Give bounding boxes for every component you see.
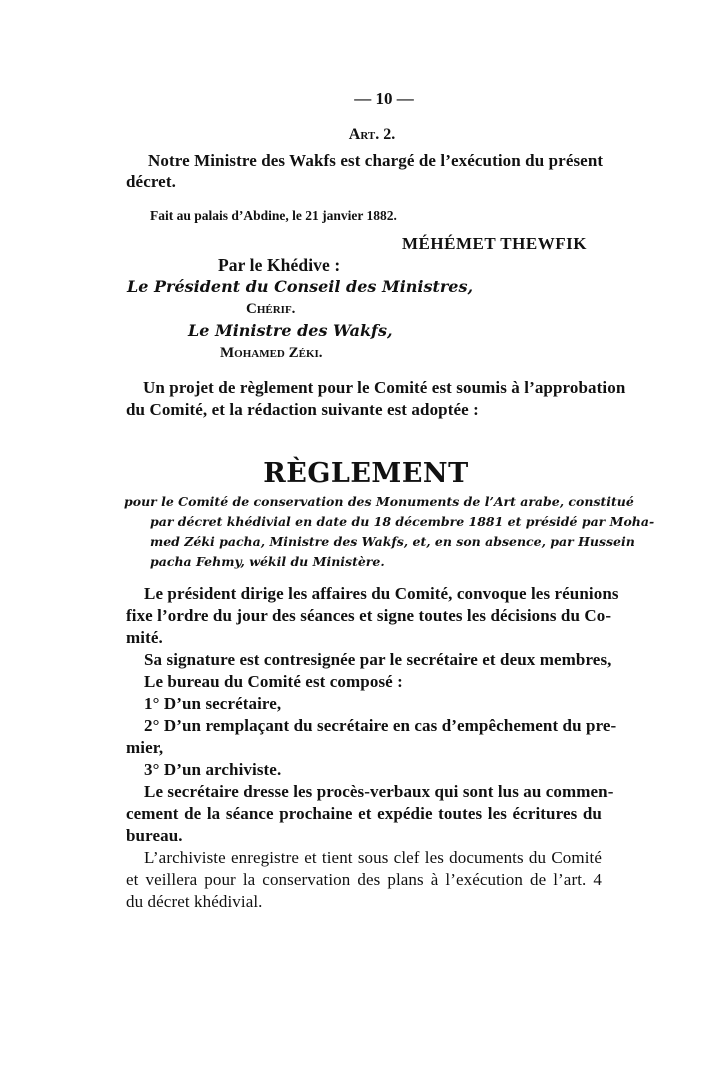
minister-title: Le Ministre des Wakfs, [188,323,393,339]
body-line: Le bureau du Comité est composé : [144,673,403,690]
reglement-subtitle-line-1: pour le Comité de conservation des Monum… [124,496,602,509]
body-line: Sa signature est contresignée par le sec… [144,651,602,668]
body-line: du décret khédivial. [126,893,263,910]
body-line: et veillera pour la conservation des pla… [126,871,602,888]
intro-line-2: du Comité, et la rédaction suivante est … [126,401,479,418]
reglement-title: RÈGLEMENT [6,460,720,487]
body-line: cement de la séance prochaine et expédie… [126,805,602,822]
president-name: Chérif. [246,302,295,317]
document-page: — 10 — Art. 2. Notre Ministre des Wakfs … [0,0,720,1079]
reglement-subtitle-line-4: pacha Fehmy, wékil du Ministère. [150,556,385,569]
body-line: Le président dirige les affaires du Comi… [144,585,602,602]
signatory-name: MÉHÉMET THEWFIK [402,235,587,252]
by-khedive: Par le Khédive : [218,257,340,275]
article-line-1: Notre Ministre des Wakfs est chargé de l… [148,152,602,169]
body-line: fixe l’ordre du jour des séances et sign… [126,607,602,624]
president-title: Le Président du Conseil des Ministres, [127,279,473,295]
body-line: bureau. [126,827,183,844]
date-place: Fait au palais d’Abdine, le 21 janvier 1… [150,209,397,223]
reglement-subtitle-line-2: par décret khédivial en date du 18 décem… [150,516,602,529]
body-line: 3° D’un archiviste. [144,761,281,778]
reglement-subtitle-line-3: med Zéki pacha, Ministre des Wakfs, et, … [150,536,602,549]
article-heading: Art. 2. [12,127,720,143]
body-line: mier, [126,739,163,756]
body-line: 2° D’un remplaçant du secrétaire en cas … [144,717,602,734]
article-line-2: décret. [126,173,176,190]
body-line: L’archiviste enregistre et tient sous cl… [144,849,602,866]
intro-line-1: Un projet de règlement pour le Comité es… [143,379,602,396]
body-line: 1° D’un secrétaire, [144,695,281,712]
page-number: — 10 — [24,90,720,107]
minister-name: Mohamed Zéki. [220,346,323,361]
body-line: mité. [126,629,163,646]
body-line: Le secrétaire dresse les procès-verbaux … [144,783,602,800]
